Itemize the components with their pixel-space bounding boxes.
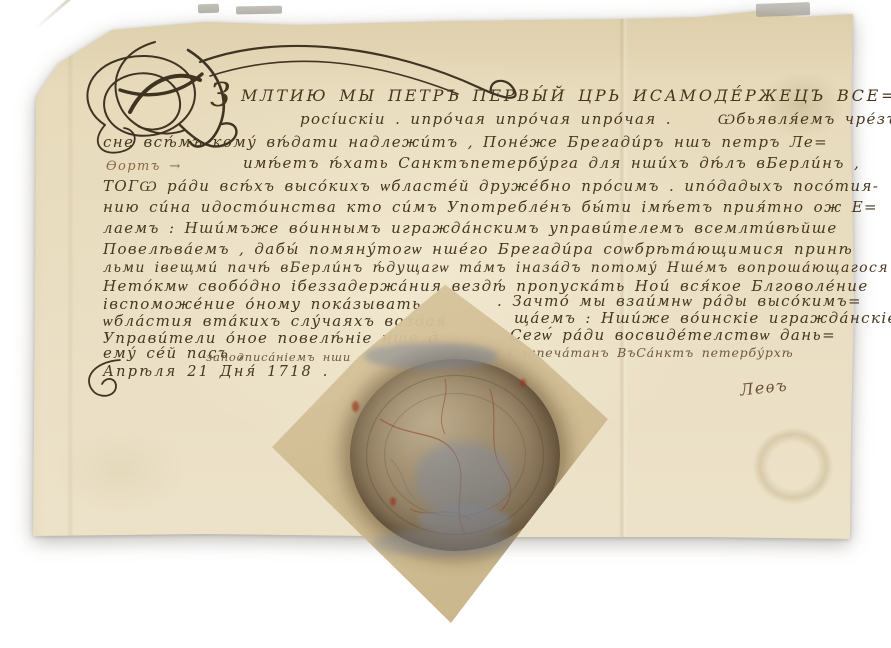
photo-canvas: З МЛТИЮ МЫ ПЕТРЪ ПЕРВЫ́Й ЦРЬ ИСАМОДЕ́РЖЕ… xyxy=(0,0,891,648)
manuscript-initial-letter: З xyxy=(210,78,231,111)
manuscript-text-line: лаемъ : Нши́мъже во́иннымъ игражда́нским… xyxy=(103,221,838,236)
margin-insertion-note: Ѳортъ → xyxy=(106,160,182,173)
mounting-tab xyxy=(198,4,219,14)
manuscript-text-line: Сегѡ́ ра́ди восвиде́телствѡ дань= xyxy=(510,328,836,343)
manuscript-text-line: льми івещми́ пачѣ́ вБерли́нъ ѣ́дущагѡ та… xyxy=(103,261,889,275)
mounting-tab xyxy=(236,6,282,15)
mounting-tab xyxy=(756,2,810,17)
clerk-subscript-note: заподписа́ніемъ нши xyxy=(206,352,351,364)
wax-speck xyxy=(390,497,396,506)
clerk-subscript-note: і запеча́танъ ВъСа́нктъ петербу́рхѣ xyxy=(508,347,793,360)
seal-smudge xyxy=(415,443,511,515)
manuscript-text-line: івспоможе́ние о́ному пока́зывать xyxy=(103,297,422,312)
manuscript-text-line: нию си́на идосто́инства кто си́мъ Употре… xyxy=(103,200,878,215)
date-line: Апрѣля 21 Дня́ 1718 . xyxy=(103,365,330,380)
manuscript-text-line: ТОГѠ ра́ди всѣ́хъ высо́кихъ ѡбласте́й др… xyxy=(103,179,879,194)
manuscript-text-line: Повелѣва́емъ , дабы́ помяну́тогѡ нше́го … xyxy=(103,242,853,257)
manuscript-text-line: росі́искіи . ипро́чая ипро́чая ипро́чая … xyxy=(300,112,891,127)
wax-speck xyxy=(520,379,526,387)
manuscript-text-line: МЛТИЮ МЫ ПЕТРЪ ПЕРВЫ́Й ЦРЬ ИСАМОДЕ́РЖЕЦЪ… xyxy=(241,88,891,104)
seal-smudge xyxy=(365,343,497,369)
manuscript-text-line: имѣ́етъ ѣ́хать Санктъпетербу́рга для нши… xyxy=(243,156,860,171)
manuscript-text-line: ща́емъ : Нши́же во́инскіе игражда́нскіе xyxy=(514,311,891,326)
manuscript-text-line: . Зачто́ мы взаи́мнѡ ра́ды высо́кимъ= xyxy=(497,294,862,309)
manuscript-text-line: сне всѣ́мъ кому́ вѣ́дати надлежи́тъ , По… xyxy=(103,135,828,150)
seal-smudge xyxy=(373,530,515,556)
wax-speck xyxy=(352,401,359,412)
